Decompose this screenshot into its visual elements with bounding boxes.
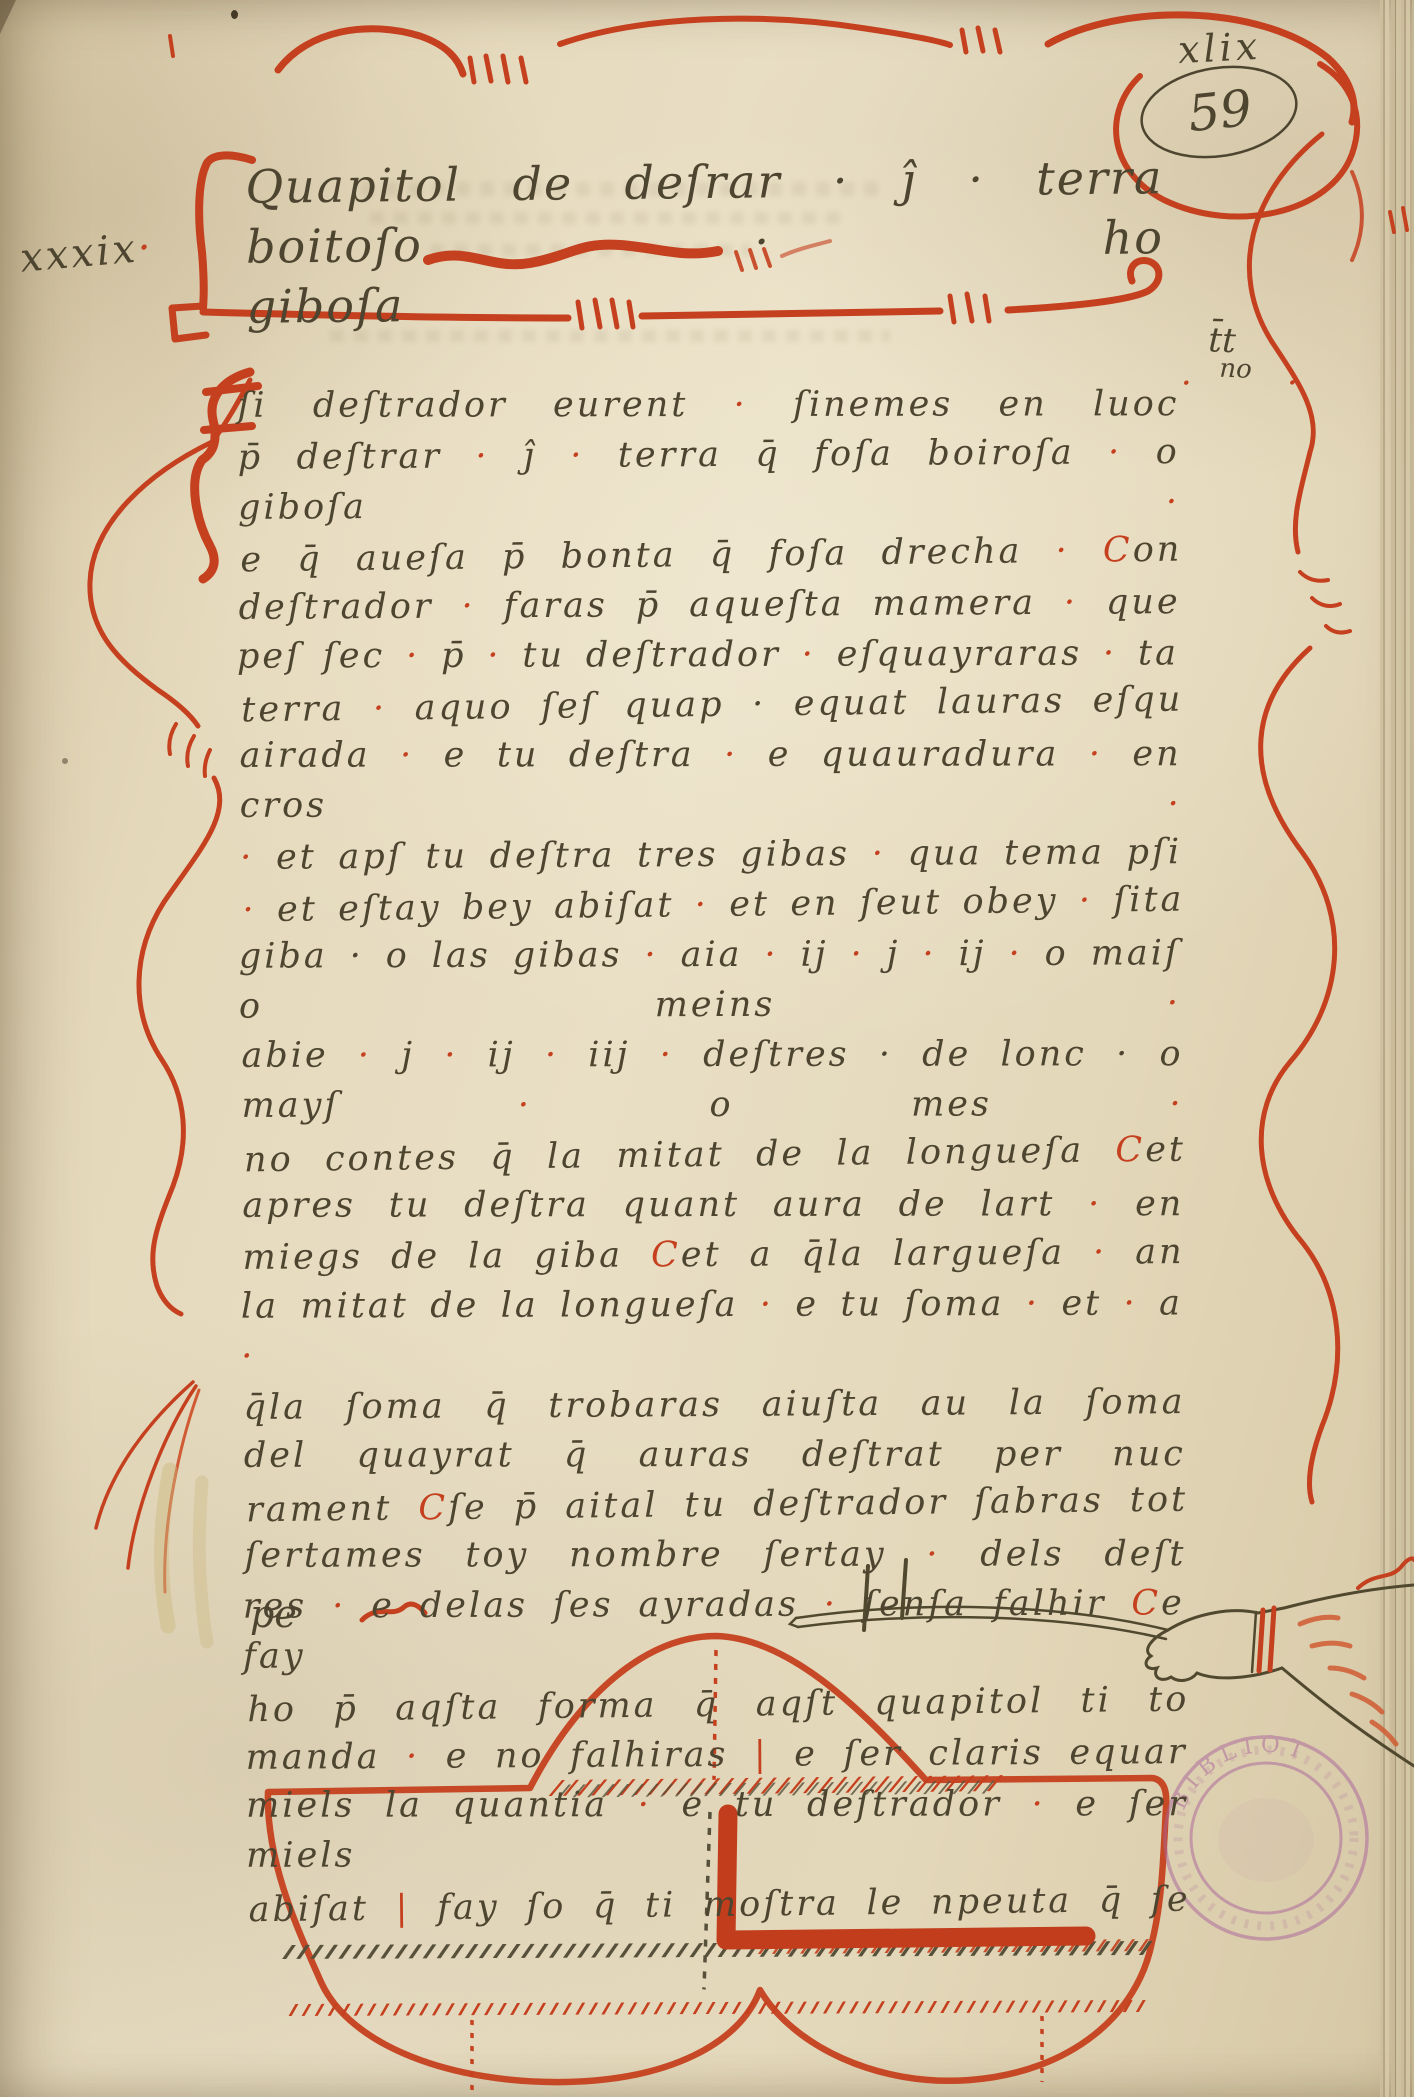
text-line: ſertames toy nombre ſertay · dels deſt <box>244 1529 1186 1581</box>
text-line: giba · o las gibas · aia · ij · j · ij ·… <box>239 928 1181 1031</box>
text-line: abie · j · ij · iij · deſtres · de lonc … <box>241 1029 1183 1131</box>
margin-note-bottom: no <box>1219 356 1252 383</box>
text-line: del quayrat q̄ auras deſtrat per nuc <box>244 1429 1186 1481</box>
text-line: miels la quantia · e tu deſtrador · e ſe… <box>246 1779 1188 1881</box>
folio-number-roman: xlix <box>1177 24 1262 72</box>
photo-corner-shadow <box>0 0 16 34</box>
text-line: ho p̄ aqſta forma q̄ aqſt quapitol ti to <box>247 1675 1190 1736</box>
chapter-title-line1: Quapitol de deſrar · ĵ · terra boitoſo ·… <box>245 147 1164 277</box>
text-line: la mitat de la longueſa · e tu ſoma · et… <box>241 1278 1183 1381</box>
right-border <box>1249 134 1350 1502</box>
margin-note-dot: · <box>1180 366 1192 400</box>
text-line: manda · e no falhiras | e ſer claris equ… <box>246 1727 1188 1783</box>
text-block: ſi deſtrador eurent · ſinemes en luocp̄ … <box>237 377 1188 1933</box>
text-line: · et apſ tu deſtra tres gibas · qua tema… <box>240 827 1182 883</box>
text-line: p̄ deſtrar · ĵ · terra q̄ foſa boiroſa ·… <box>238 427 1181 533</box>
chapter-number: xxxix <box>18 226 140 282</box>
text-line: peſ ſec · p̄ · tu deſtrador · eſquayrara… <box>237 628 1179 681</box>
chapter-number-dot: · <box>136 224 156 271</box>
chapter-title-line2: giboſa <box>246 267 1165 337</box>
corner-fan-strokes <box>96 1382 207 1642</box>
manuscript-page: BIBLIOT xlix 59 xxxix· t̄t no · · Quapit… <box>0 0 1414 2097</box>
book-page-edge <box>1380 0 1414 2097</box>
chapter-number-margin: xxxix· <box>18 224 155 281</box>
ink-speck <box>62 758 68 764</box>
text-line: deſtrador · faras p̄ aqueſta mamera · qu… <box>238 577 1180 633</box>
library-stamp: BIBLIOT <box>1165 1731 1367 1939</box>
text-line: · et eſtay bey abiſat · et en ſeut obey … <box>242 875 1185 936</box>
text-line: airada · e tu deſtra · e quauradura · en… <box>240 729 1182 831</box>
catchword: pe <box>250 1592 297 1636</box>
text-line: terra · aquo ſeſ quap · equat lauras eſq… <box>241 675 1184 736</box>
text-line: no contes q̄ la mitat de la longueſa Cet <box>244 1125 1187 1186</box>
text-line: res · e delas ſes ayradas · ſenſa falhir… <box>243 1578 1185 1681</box>
text-line: q̄la ſoma q̄ trobaras aiuſta au la ſoma <box>243 1377 1185 1433</box>
chapter-title: Quapitol de deſrar · ĵ · terra boitoſo ·… <box>245 147 1165 337</box>
margin-note: t̄t no · · <box>1207 323 1253 383</box>
text-line: rament Cſe p̄ aital tu deſtrador ſabras … <box>246 1475 1189 1536</box>
margin-note-dot: · <box>1286 366 1298 400</box>
folio-number-arabic: 59 <box>1175 78 1265 144</box>
text-line: e q̄ aueſa p̄ bonta q̄ foſa drecha · Con <box>240 525 1183 586</box>
ink-speck <box>231 10 238 19</box>
text-line: abiſat | fay ſo q̄ ti moſtra le npeuta q… <box>248 1875 1191 1936</box>
text-line: miegs de la giba Cet a q̄la largueſa · a… <box>242 1227 1184 1283</box>
text-line: ſi deſtrador eurent · ſinemes en luoc <box>237 379 1179 431</box>
text-line: apres tu deſtra quant aura de lart · en <box>242 1179 1184 1231</box>
left-border <box>90 380 250 1314</box>
